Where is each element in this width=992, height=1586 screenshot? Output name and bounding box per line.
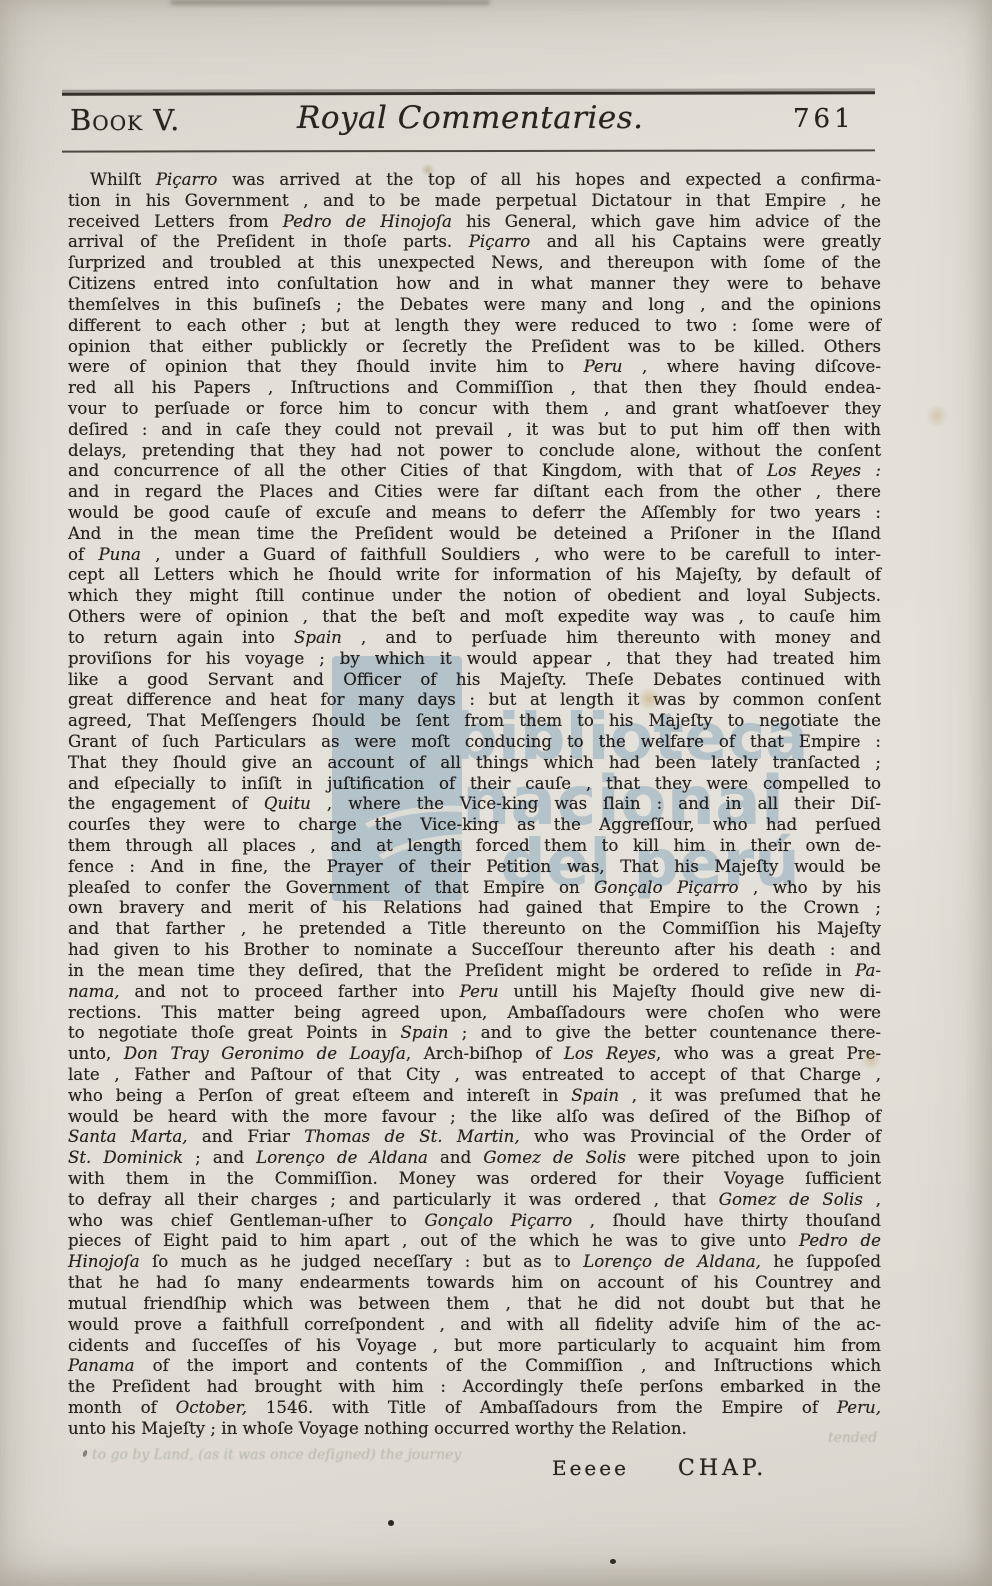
text-line: arrival of the Preſident in thoſe parts.… (68, 232, 881, 253)
text-line: were of opinion that they ſhould invite … (68, 357, 881, 378)
text-line: Hinojoſa ſo much as he judged neceſſary … (68, 1252, 881, 1273)
text-line: pleaſed to confer the Government of that… (68, 878, 881, 899)
foxing-spot (925, 405, 949, 427)
text-line: with them in the Commiſſion. Money was o… (68, 1169, 881, 1190)
text-line: pieces of Eight paid to him apart , out … (68, 1231, 881, 1252)
text-line: month of October, 1546. with Title of Am… (68, 1398, 881, 1419)
text-line: who being a Perſon of great eſteem and i… (68, 1086, 881, 1107)
page-number: 761 (793, 104, 855, 134)
text-line: deſired : and in caſe they could not pre… (68, 420, 881, 441)
body-text: Whilſt Piçarro was arrived at the top of… (68, 170, 881, 1440)
text-line: themſelves in this buſineſs ; the Debate… (68, 295, 881, 316)
text-line: to defray all their charges ; and partic… (68, 1190, 881, 1211)
text-line: and that farther , he pretended a Title … (68, 919, 881, 940)
text-line: St. Dominick ; and Lorenço de Aldana and… (68, 1148, 881, 1169)
text-line: own bravery and merit of his Relations h… (68, 898, 881, 919)
text-line: who was chief Gentleman-uſher to Gonçalo… (68, 1211, 881, 1232)
text-line: courſes they were to charge the Vice-kin… (68, 815, 881, 836)
text-line: opinion that either publickly or ſecretl… (68, 337, 881, 358)
text-line: great difference and heat for many days … (68, 690, 881, 711)
signature-mark: Eeeee (552, 1456, 629, 1480)
text-line: the Preſident had brought with him : Acc… (68, 1377, 881, 1398)
text-line: That they ſhould give an account of all … (68, 753, 881, 774)
text-line: and in regard the Places and Cities were… (68, 482, 881, 503)
text-line: of Puna , under a Guard of faithfull Sou… (68, 545, 881, 566)
text-line: Santa Marta, and Friar Thomas de St. Mar… (68, 1127, 881, 1148)
showthrough-text: to go by Land, (as it was once deſigned)… (92, 1447, 461, 1463)
text-line: cidents and ſucceſſes of his Voyage , bu… (68, 1336, 881, 1357)
text-line: ſurprized and troubled at this unexpecte… (68, 253, 881, 274)
text-line: the engagement of Quitu , where the Vice… (68, 794, 881, 815)
text-line: them through all places , and at length … (68, 836, 881, 857)
text-line: received Letters from Pedro de Hinojoſa … (68, 212, 881, 233)
text-line: red all his Papers , Inſtructions and Co… (68, 378, 881, 399)
text-line: Grant of ſuch Particulars as were moſt c… (68, 732, 881, 753)
ink-spot (388, 1520, 394, 1526)
text-line: Citizens entred into conſultation how an… (68, 274, 881, 295)
text-line: proviſions for his voyage ; by which it … (68, 649, 881, 670)
text-line: Panama of the import and contents of the… (68, 1356, 881, 1377)
top-rule (62, 91, 875, 95)
text-line: Others were of opinion , that the beſt a… (68, 607, 881, 628)
text-line: would be heard with the more favour ; th… (68, 1107, 881, 1128)
ink-spot (610, 1559, 616, 1564)
text-line: And in the mean time the Preſident would… (68, 524, 881, 545)
text-line: mutual friendſhip which was between them… (68, 1294, 881, 1315)
text-line: would be good cauſe of excuſe and means … (68, 503, 881, 524)
text-line: had given to his Brother to nominate a S… (68, 940, 881, 961)
showthrough-text: tended (828, 1430, 877, 1446)
text-line: Whilſt Piçarro was arrived at the top of… (68, 170, 881, 191)
text-line: to negotiate thoſe great Points in Spain… (68, 1023, 881, 1044)
book-label: Book V. (70, 103, 180, 137)
text-line: nama, and not to proceed farther into Pe… (68, 982, 881, 1003)
text-line: unto his Majeſty ; in whoſe Voyage nothi… (68, 1419, 881, 1440)
text-line: in the mean time they deſired, that the … (68, 961, 881, 982)
text-line: tion in his Government , and to be made … (68, 191, 881, 212)
text-line: fence : And in fine, the Prayer of their… (68, 857, 881, 878)
page-title: Royal Commentaries. (297, 100, 644, 136)
text-line: would prove a faithfull correſpondent , … (68, 1315, 881, 1336)
text-line: and concurrence of all the other Cities … (68, 461, 881, 482)
scan-smudge (170, 0, 490, 5)
text-line: vour to perſuade or force him to concur … (68, 399, 881, 420)
text-line: unto, Don Tray Geronimo de Loayſa, Arch-… (68, 1044, 881, 1065)
text-line: rections. This matter being agreed upon,… (68, 1003, 881, 1024)
text-line: different to each other ; but at length … (68, 316, 881, 337)
text-line: agreed, That Meſſengers ſhould be ſent f… (68, 711, 881, 732)
text-line: and eſpecially to inſiſt in juſtificatio… (68, 774, 881, 795)
book-page: Book V. Royal Commentaries. 761 Whilſt P… (0, 0, 992, 1586)
text-line: like a good Servant and Officer of his M… (68, 670, 881, 691)
text-line: cept all Letters which he ſhould write f… (68, 565, 881, 586)
text-line: that he had ſo many endearments towards … (68, 1273, 881, 1294)
text-line: to return again into Spain , and to perſ… (68, 628, 881, 649)
text-line: which they might ſtill continue under th… (68, 586, 881, 607)
header-rule (62, 149, 875, 152)
text-line: delays, pretending that they had not pow… (68, 441, 881, 462)
text-line: late , Father and Paſtour of that City ,… (68, 1065, 881, 1086)
catchword: CHAP. (678, 1456, 767, 1481)
